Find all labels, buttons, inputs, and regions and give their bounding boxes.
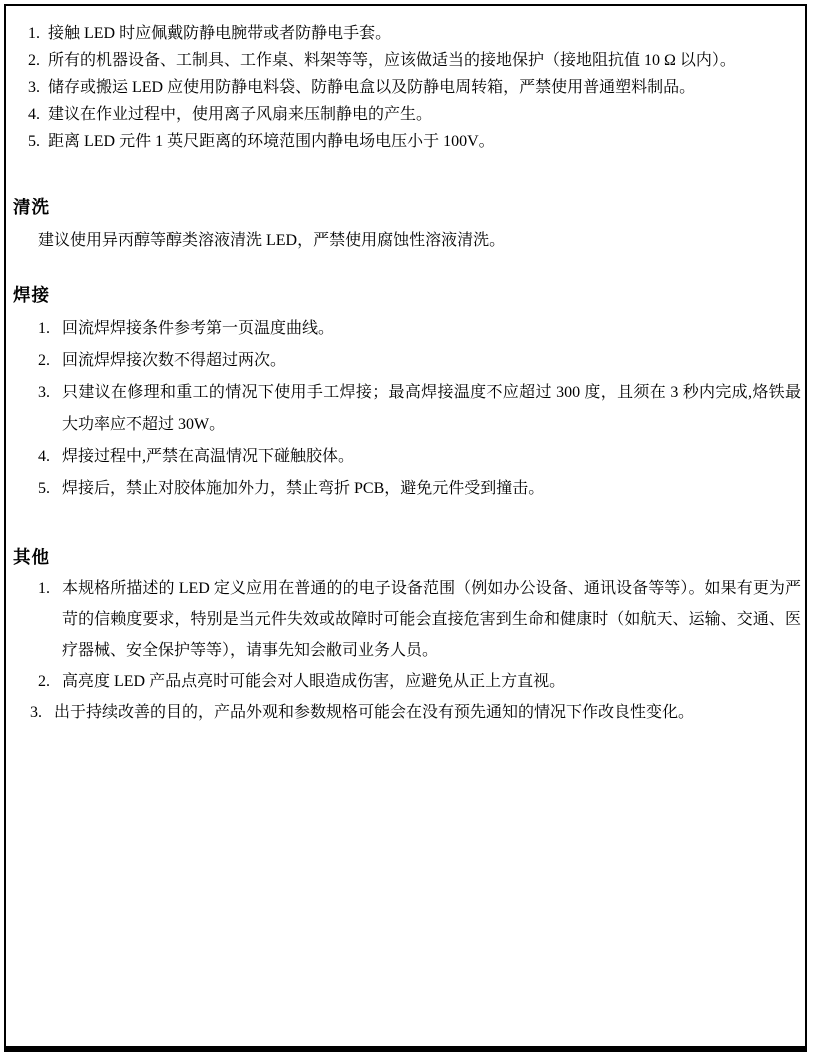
list-item-text: 建议在作业过程中，使用离子风扇来压制静电的产生。 [48,101,801,128]
list-item: 1. 回流焊焊接条件参考第一页温度曲线。 [38,313,801,345]
section-heading-soldering: 焊接 [13,285,801,305]
list-item-text: 焊接后，禁止对胶体施加外力，禁止弯折 PCB，避免元件受到撞击。 [62,473,801,505]
list-item-number: 1. [28,20,48,47]
cleaning-instruction: 建议使用异丙醇等醇类溶液清洗 LED，严禁使用腐蚀性溶液清洗。 [38,227,801,254]
section-heading-cleaning: 清洗 [13,197,801,217]
list-item: 1. 本规格所描述的 LED 定义应用在普通的的电子设备范围（例如办公设备、通讯… [38,573,801,666]
list-item: 1. 接触 LED 时应佩戴防静电腕带或者防静电手套。 [28,20,801,47]
list-item-text: 储存或搬运 LED 应使用防静电料袋、防静电盒以及防静电周转箱，严禁使用普通塑料… [48,74,801,101]
list-item-text: 回流焊焊接条件参考第一页温度曲线。 [62,313,801,345]
list-item-number: 5. [38,473,62,505]
section-heading-others: 其他 [13,547,801,567]
list-item: 2. 回流焊焊接次数不得超过两次。 [38,345,801,377]
list-item-number: 1. [38,573,62,604]
list-item-number: 2. [38,666,62,697]
list-item: 4. 焊接过程中,严禁在高温情况下碰触胶体。 [38,441,801,473]
list-item: 3. 储存或搬运 LED 应使用防静电料袋、防静电盒以及防静电周转箱，严禁使用普… [28,74,801,101]
list-item: 2. 所有的机器设备、工制具、工作桌、料架等等，应该做适当的接地保护（接地阻抗值… [28,47,801,74]
list-item-text: 距离 LED 元件 1 英尺距离的环境范围内静电场电压小于 100V。 [48,128,801,155]
list-item: 3. 出于持续改善的目的，产品外观和参数规格可能会在没有预先通知的情况下作改良性… [30,697,801,728]
list-item-text: 接触 LED 时应佩戴防静电腕带或者防静电手套。 [48,20,801,47]
esd-precaution-list: 1. 接触 LED 时应佩戴防静电腕带或者防静电手套。 2. 所有的机器设备、工… [28,20,801,155]
list-item-text: 所有的机器设备、工制具、工作桌、料架等等，应该做适当的接地保护（接地阻抗值 10… [48,47,801,74]
list-item-number: 1. [38,313,62,345]
list-item-number: 2. [28,47,48,74]
list-item: 2. 高亮度 LED 产品点亮时可能会对人眼造成伤害，应避免从正上方直视。 [38,666,801,697]
list-item-text: 回流焊焊接次数不得超过两次。 [62,345,801,377]
document-page: 1. 接触 LED 时应佩戴防静电腕带或者防静电手套。 2. 所有的机器设备、工… [4,4,807,1052]
others-instruction-list: 1. 本规格所描述的 LED 定义应用在普通的的电子设备范围（例如办公设备、通讯… [38,573,801,728]
list-item-text: 本规格所描述的 LED 定义应用在普通的的电子设备范围（例如办公设备、通讯设备等… [62,573,801,666]
list-item-number: 3. [28,74,48,101]
list-item-text: 出于持续改善的目的，产品外观和参数规格可能会在没有预先通知的情况下作改良性变化。 [54,697,801,728]
list-item: 5. 距离 LED 元件 1 英尺距离的环境范围内静电场电压小于 100V。 [28,128,801,155]
list-item-number: 4. [38,441,62,473]
list-item-number: 2. [38,345,62,377]
list-item-text: 高亮度 LED 产品点亮时可能会对人眼造成伤害，应避免从正上方直视。 [62,666,801,697]
list-item: 3. 只建议在修理和重工的情况下使用手工焊接；最高焊接温度不应超过 300 度，… [38,377,801,441]
list-item: 4. 建议在作业过程中，使用离子风扇来压制静电的产生。 [28,101,801,128]
list-item: 5. 焊接后，禁止对胶体施加外力，禁止弯折 PCB，避免元件受到撞击。 [38,473,801,505]
list-item-number: 5. [28,128,48,155]
list-item-text: 只建议在修理和重工的情况下使用手工焊接；最高焊接温度不应超过 300 度，且须在… [62,377,801,441]
list-item-text: 焊接过程中,严禁在高温情况下碰触胶体。 [62,441,801,473]
list-item-number: 3. [30,697,54,728]
list-item-number: 3. [38,377,62,409]
soldering-instruction-list: 1. 回流焊焊接条件参考第一页温度曲线。 2. 回流焊焊接次数不得超过两次。 3… [38,313,801,505]
list-item-number: 4. [28,101,48,128]
